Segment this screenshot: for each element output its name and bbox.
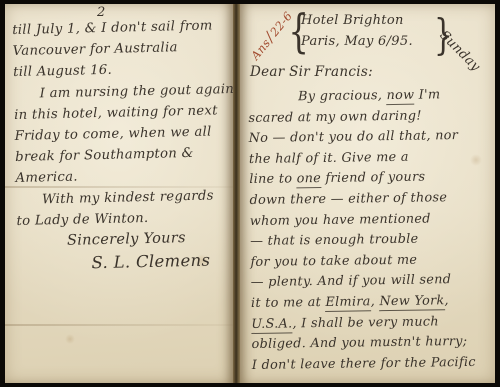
letter-text-segment: till July 1, & I don't sail from xyxy=(12,18,213,38)
paper-stain xyxy=(65,334,75,344)
letter-line: No — don't you do all that, nor xyxy=(249,126,473,150)
letter-body-right: By gracious, now I'mscared at my own dar… xyxy=(248,85,476,376)
letter-text-segment: now xyxy=(386,88,414,105)
letter-page-right: Ans/22-6 { Hotel Brighton Paris, May 6/9… xyxy=(240,4,495,383)
letter-text-segment: in this hotel, waiting for next xyxy=(14,103,218,123)
fold-crease xyxy=(5,324,233,326)
letter-text-segment: scared at my own daring! xyxy=(248,108,422,125)
letter-text-segment: friend of yours xyxy=(321,170,425,186)
letter-line: By gracious, now I'm xyxy=(248,85,472,109)
letter-text-segment: down there — either of those xyxy=(249,190,447,208)
letter-text-segment: till August 16. xyxy=(13,63,112,80)
letter-text-segment: U.S.A. xyxy=(251,316,292,334)
page-gutter-shadow xyxy=(233,4,240,383)
salutation: Dear Sir Francis: xyxy=(250,64,373,80)
header-hotel: Hotel Brighton xyxy=(301,13,404,28)
letter-text-segment: S. L. Clemens xyxy=(91,251,210,273)
letter-text-segment: America. xyxy=(15,170,78,186)
letter-text-segment: , xyxy=(444,293,449,308)
letter-page-left: 2 till July 1, & I don't sail fromVancou… xyxy=(5,4,233,383)
letter-body-left: till July 1, & I don't sail fromVancouve… xyxy=(12,15,233,275)
letter-text-segment: obliged. And you mustn't hurry; xyxy=(251,334,467,352)
letter-text-segment: , I shall be very much xyxy=(292,314,439,331)
letter-text-segment: it to me at xyxy=(251,295,326,311)
letter-text-segment: break for Southampton & xyxy=(15,146,194,165)
letter-line: S. L. Clemens xyxy=(17,249,233,275)
letter-text-segment: Elmira xyxy=(325,294,370,312)
letter-line: it to me at Elmira, New York, xyxy=(251,291,475,315)
letter-text-segment: I am nursing the gout again xyxy=(40,82,233,101)
letter-text-segment: to Lady de Winton. xyxy=(16,211,148,229)
letter-text-segment: line to xyxy=(249,172,297,188)
letter-text-segment: one xyxy=(297,171,322,188)
header-date: Paris, May 6/95. xyxy=(301,34,413,49)
letter-text-segment: the half of it. Give me a xyxy=(249,150,409,167)
letter-text-segment: for you to take about me xyxy=(250,252,417,269)
letter-line: I don't leave there for the Pacific xyxy=(252,353,476,377)
letter-text-segment: I'm xyxy=(414,87,440,102)
letter-text-segment: — plenty. And if you will send xyxy=(251,273,452,291)
letter-text-segment: With my kindest regards xyxy=(42,188,214,207)
letter-text-segment: whom you have mentioned xyxy=(250,211,431,229)
letter-photograph: 2 till July 1, & I don't sail fromVancou… xyxy=(0,0,500,387)
letter-line: down there — either of those xyxy=(249,188,473,212)
letter-text-segment: By gracious, xyxy=(298,88,387,104)
letter-text-segment: Friday to come, when we all xyxy=(14,125,211,144)
letter-line: obliged. And you mustn't hurry; xyxy=(251,332,475,356)
letter-text-segment: Sincerely Yours xyxy=(67,230,186,249)
letter-text-segment: No — don't you do all that, nor xyxy=(249,128,459,146)
letter-text-segment: — that is enough trouble xyxy=(250,232,419,249)
letter-text-segment: Vancouver for Australia xyxy=(13,40,178,59)
letter-text-segment: I don't leave there for the Pacific xyxy=(252,355,476,373)
letter-text-segment: New York xyxy=(379,293,444,311)
